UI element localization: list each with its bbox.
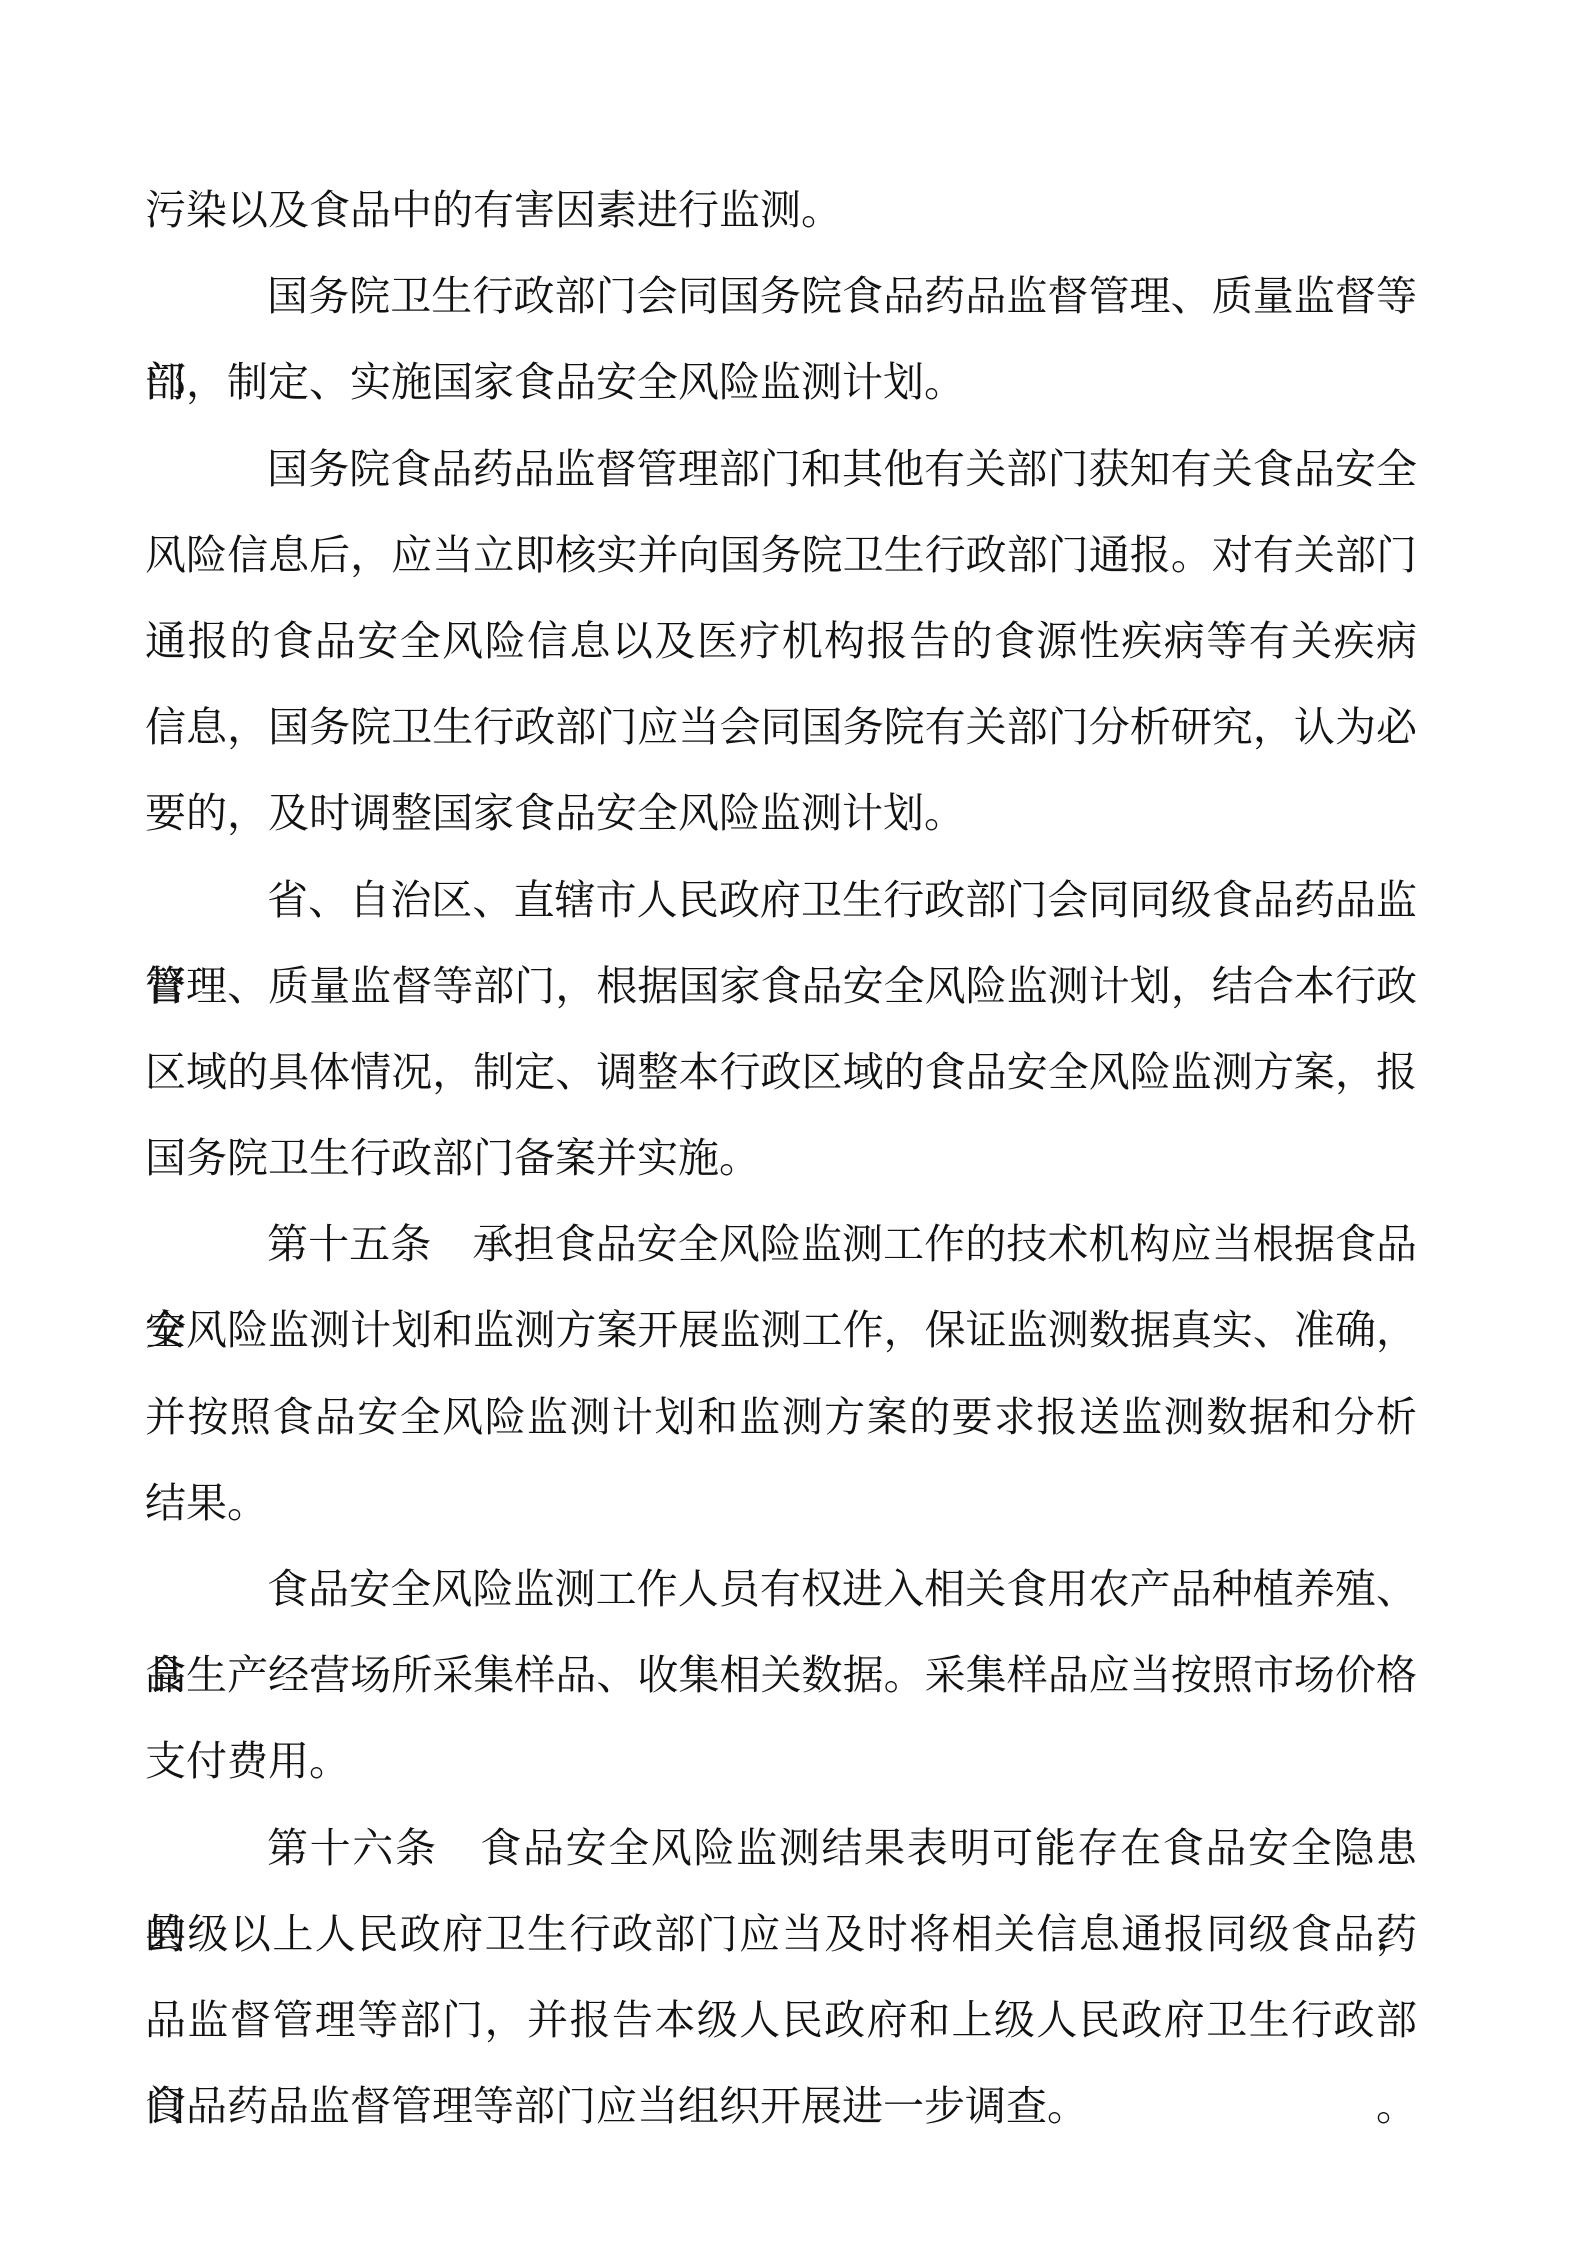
document-page: 污染以及食品中的有害因素进行监测。 国务院卫生行政部门会同国务院食品药品监督管理…: [0, 0, 1587, 2245]
text-line: 风险信息后，应当立即核实并向国务院卫生行政部门通报。对有关部门: [145, 512, 1417, 598]
text-line: 县级以上人民政府卫生行政部门应当及时将相关信息通报同级食品药: [145, 1891, 1417, 1977]
text-line: 国务院卫生行政部门备案并实施。: [145, 1115, 1417, 1201]
text-line: 省、自治区、直辖市人民政府卫生行政部门会同同级食品药品监督: [145, 857, 1417, 943]
text-line: 管理、质量监督等部门，根据国家食品安全风险监测计划，结合本行政: [145, 943, 1417, 1029]
text-line: 国务院食品药品监督管理部门和其他有关部门获知有关食品安全: [145, 426, 1417, 512]
text-line: 全风险监测计划和监测方案开展监测工作，保证监测数据真实、准确，: [145, 1287, 1417, 1373]
text-line: 第十五条 承担食品安全风险监测工作的技术机构应当根据食品安: [145, 1201, 1417, 1287]
text-line: 污染以及食品中的有害因素进行监测。: [145, 167, 1417, 253]
text-line: 要的，及时调整国家食品安全风险监测计划。: [145, 770, 1417, 856]
text-line: 食品安全风险监测工作人员有权进入相关食用农产品种植养殖、食: [145, 1546, 1417, 1632]
text-line: 通报的食品安全风险信息以及医疗机构报告的食源性疾病等有关疾病: [145, 598, 1417, 684]
text-line: 门，制定、实施国家食品安全风险监测计划。: [145, 339, 1417, 425]
text-line: 结果。: [145, 1460, 1417, 1546]
text-line: 品监督管理等部门，并报告本级人民政府和上级人民政府卫生行政部门。: [145, 1977, 1417, 2063]
text-line: 并按照食品安全风险监测计划和监测方案的要求报送监测数据和分析: [145, 1374, 1417, 1460]
text-line: 国务院卫生行政部门会同国务院食品药品监督管理、质量监督等部: [145, 253, 1417, 339]
text-line: 品生产经营场所采集样品、收集相关数据。采集样品应当按照市场价格: [145, 1632, 1417, 1718]
text-line: 支付费用。: [145, 1718, 1417, 1804]
text-line: 区域的具体情况，制定、调整本行政区域的食品安全风险监测方案，报: [145, 1029, 1417, 1115]
text-line: 信息，国务院卫生行政部门应当会同国务院有关部门分析研究，认为必: [145, 684, 1417, 770]
text-line: 第十六条 食品安全风险监测结果表明可能存在食品安全隐患的，: [145, 1805, 1417, 1891]
